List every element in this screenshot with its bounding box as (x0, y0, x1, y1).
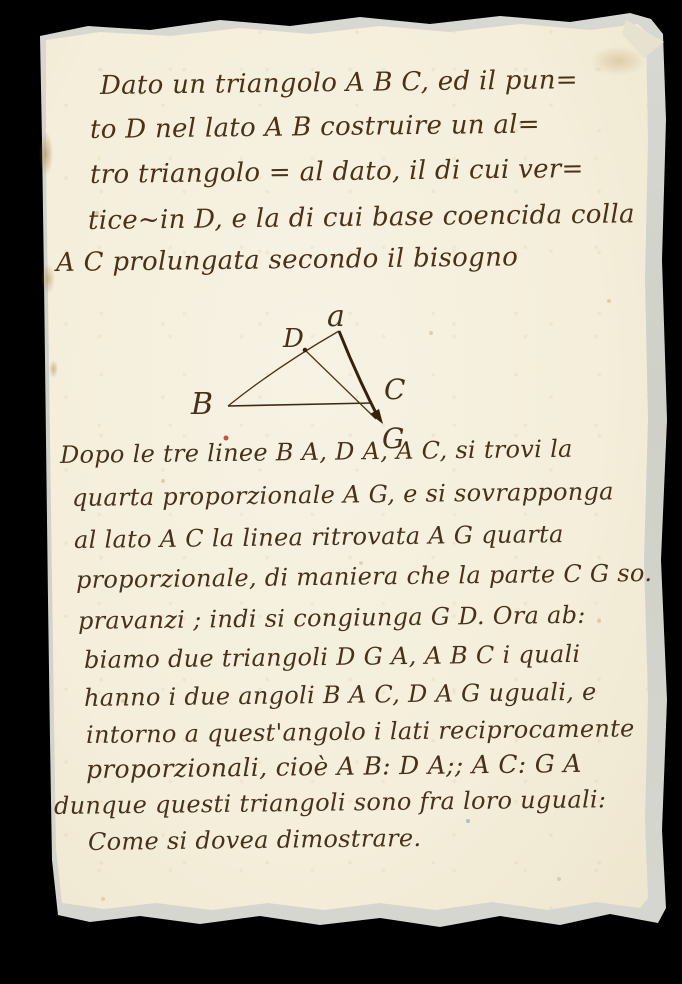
text-line-5: A C prolungata secondo il bisogno (56, 241, 519, 279)
text-line-8: al lato A C la linea ritrovata A G quart… (74, 519, 564, 555)
text-line-3: tro triangolo = al dato, il di cui ver= (90, 153, 584, 192)
vertex-label-D: D (282, 324, 304, 354)
text-line-7: quarta proporzionale A G, e si sovrappon… (72, 476, 614, 513)
manuscript-text: Dato un triangolo A B C, ed il pun= to D… (0, 0, 682, 984)
text-line-4: tice~in D, e la di cui base coencida col… (88, 198, 635, 237)
text-line-12: hanno i due angoli B A C, D A G uguali, … (84, 677, 597, 713)
text-line-10: pravanzi ; indi si congiunga G D. Ora ab… (78, 600, 586, 636)
text-line-9: proporzionale, di maniera che la parte C… (76, 558, 653, 595)
text-line-16: Come si dovea dimostrare. (88, 823, 422, 857)
diagram-line-DG (305, 350, 376, 419)
vertex-label-B: B (190, 387, 213, 422)
photo-background: Dato un triangolo A B C, ed il pun= to D… (0, 0, 682, 984)
vertex-label-A: a (327, 299, 345, 334)
text-line-1: Dato un triangolo A B C, ed il pun= (100, 64, 578, 102)
text-line-15: dunque questi triangoli sono fra loro ug… (54, 784, 607, 821)
text-line-2: to D nel lato A B costruire un al= (90, 109, 540, 147)
text-line-13: intorno a quest'angolo i lati reciprocam… (86, 713, 635, 750)
text-line-11: biamo due triangoli D G A, A B C i quali (84, 639, 581, 675)
text-line-6: Dopo le tre linee B A, D A, A C, si trov… (60, 434, 573, 470)
vertex-label-C: C (384, 373, 405, 406)
diagram-line-BC-base (228, 403, 372, 406)
text-line-14: proporzionali, cioè A B: D A;; A C: G A (86, 748, 582, 785)
